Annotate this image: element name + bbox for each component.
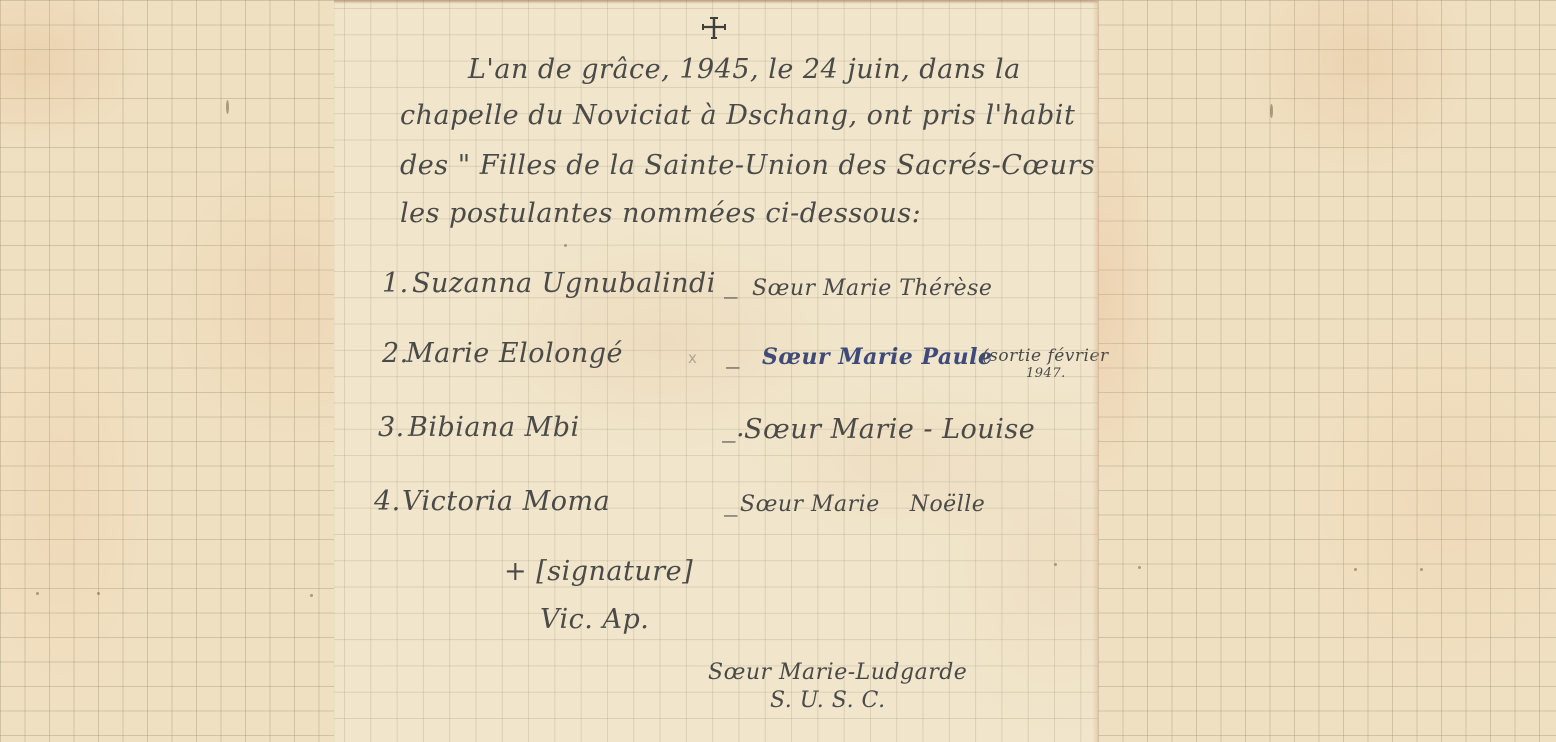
paper-stain [1270,104,1273,118]
paper-speck [564,244,567,247]
signature-name: Sœur Marie-Ludgarde [708,660,967,685]
cross-icon [700,15,728,41]
paper-speck [310,594,313,597]
religious-name: Sœur Marie Thérèse [752,276,992,301]
postulant-name: Bibiana Mbi [408,412,580,443]
paper-speck [1354,568,1357,571]
paper-speck [1138,566,1141,569]
signature-title: Vic. Ap. [540,604,649,635]
graph-paper-background-right [1098,0,1556,742]
religious-name: Sœur Marie Paule [762,344,993,370]
postulant-number: 2. [382,338,409,369]
postulant-name: Victoria Moma [402,486,610,517]
separator-dash: _. [722,412,745,443]
intro-line-3: des " Filles de la Sainte-Union des Sacr… [400,150,1095,181]
margin-mark: x [688,349,697,367]
postulant-number: 1. [382,268,409,299]
paper-speck [1420,568,1423,571]
postulant-number: 4. [374,486,401,517]
intro-line-4: les postulantes nommées ci-dessous: [400,198,921,229]
document-scan: L'an de grâce, 1945, le 24 juin, dans la… [0,0,1556,742]
postulant-number: 3. [378,412,405,443]
annotation-departure: (sortie février [982,346,1109,366]
paper-speck [97,592,100,595]
paper-stain [226,100,229,114]
religious-name: Sœur Marie Noëlle [740,492,985,517]
intro-line-2: chapelle du Noviciat à Dschang, ont pris… [400,100,1075,131]
separator-dash: _ [726,338,740,369]
separator-dash: _ [724,268,738,299]
graph-paper-background-left [0,0,334,742]
signature-congregation: S. U. S. C. [770,688,886,713]
postulant-name: Suzanna Ugnubalindi [412,268,716,299]
paper-speck [36,592,39,595]
annotation-year: 1947. [1026,366,1066,381]
intro-line-1: L'an de grâce, 1945, le 24 juin, dans la [468,54,1021,85]
separator-dash: _ [724,486,738,517]
register-page: L'an de grâce, 1945, le 24 juin, dans la… [334,0,1098,742]
paper-speck [1054,563,1057,566]
religious-name: Sœur Marie - Louise [744,414,1035,445]
postulant-name: Marie Elolongé [406,338,623,369]
signature-cross-and-name: + [signature] [504,556,693,587]
